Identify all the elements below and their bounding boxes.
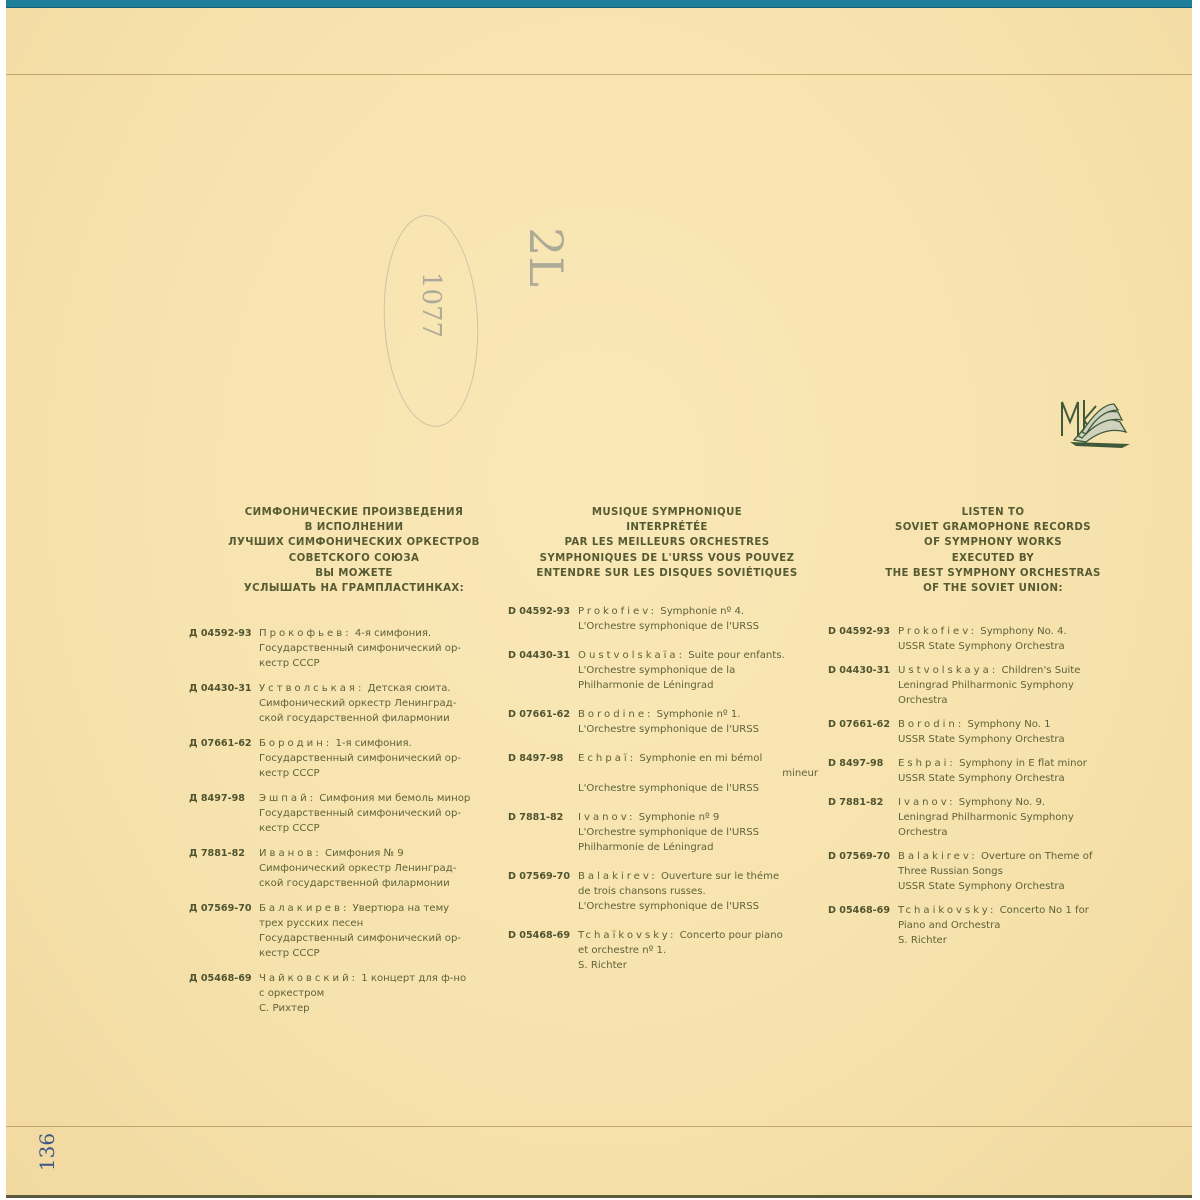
- performer-line: L'Orchestre symphonique de la: [578, 663, 818, 678]
- performer-line: Orchestra: [898, 693, 1138, 708]
- catalog-entry: D 07661-62Borodine: Symphonie nº 1.L'Orc…: [508, 707, 818, 737]
- performer-line: Государственный симфонический ор-: [259, 751, 499, 766]
- entry-description: Echpaï: Symphonie en mi bémolmineurL'Orc…: [578, 751, 818, 796]
- performer-line: кестр СССР: [259, 656, 499, 671]
- work-title: Overture on Theme of: [981, 851, 1093, 862]
- work-title: Symphonie en mi bémol: [639, 753, 762, 764]
- performer-line: Симфонический оркестр Ленинград-: [259, 861, 499, 876]
- catalog-number: Д 8497-98: [189, 791, 259, 836]
- composer-name: Oustvolskaïa:: [578, 650, 685, 661]
- catalog-entry: Д 04430-31Устволськая: Детская сюита.Сим…: [189, 681, 499, 726]
- composer-name: Чайковский:: [259, 973, 358, 984]
- composer-name: Балакирев:: [259, 903, 349, 914]
- catalog-number: D 05468-69: [508, 928, 578, 973]
- performer-line: с оркестром: [259, 986, 499, 1001]
- performer-line: кестр СССР: [259, 946, 499, 961]
- catalog-entry: Д 8497-98Эшпай: Симфония ми бемоль минор…: [189, 791, 499, 836]
- work-title: 1-я симфония.: [335, 738, 411, 749]
- work-title-line: Balakirev: Ouverture sur le théme: [578, 869, 818, 884]
- composer-name: Tchaïkovsky:: [578, 930, 676, 941]
- performer-line: Государственный симфонический ор-: [259, 641, 499, 656]
- entry-description: Эшпай: Симфония ми бемоль минорГосударст…: [259, 791, 499, 836]
- performer-line: Three Russian Songs: [898, 864, 1138, 879]
- catalog-entry: D 05468-69Tchaikovsky: Concerto No 1 for…: [828, 903, 1138, 948]
- performer-line: L'Orchestre symphonique de l'URSS: [578, 899, 818, 914]
- work-title: Symphony in E flat minor: [959, 758, 1087, 769]
- work-title-line: Ivanov: Symphony No. 9.: [898, 795, 1138, 810]
- work-title-line: Borodine: Symphonie nº 1.: [578, 707, 818, 722]
- performer-line: Piano and Orchestra: [898, 918, 1138, 933]
- work-title-line: Tchaikovsky: Concerto No 1 for: [898, 903, 1138, 918]
- column-heading: LISTEN TO SOVIET GRAMOPHONE RECORDS OF S…: [828, 505, 1138, 596]
- work-title-line: Borodin: Symphony No. 1: [898, 717, 1138, 732]
- catalog-entry: D 04430-31Oustvolskaïa: Suite pour enfan…: [508, 648, 818, 693]
- catalog-number: D 04592-93: [828, 624, 898, 654]
- work-title-line: Бородин: 1-я симфония.: [259, 736, 499, 751]
- work-title: 1 концерт для ф-но: [361, 973, 466, 984]
- work-title: Suite pour enfants.: [688, 650, 785, 661]
- performer-line: USSR State Symphony Orchestra: [898, 771, 1138, 786]
- performer-line: et orchestre nº 1.: [578, 943, 818, 958]
- composer-name: Ivanov:: [578, 812, 636, 823]
- work-title-line: Балакирев: Увертюра на тему: [259, 901, 499, 916]
- performer-line: USSR State Symphony Orchestra: [898, 879, 1138, 894]
- composer-name: Echpaï:: [578, 753, 636, 764]
- composer-name: Ivanov:: [898, 797, 956, 808]
- composer-name: Устволськая:: [259, 683, 364, 694]
- work-title-line: Прокофьев: 4-я симфония.: [259, 626, 499, 641]
- catalog-entry: D 7881-82Ivanov: Symphonie nº 9L'Orchest…: [508, 810, 818, 855]
- composer-name: Prokofiev:: [898, 626, 977, 637]
- performer-line: Leningrad Philharmonic Symphony: [898, 678, 1138, 693]
- catalog-number: D 07661-62: [508, 707, 578, 737]
- work-title: Детская сюита.: [368, 683, 451, 694]
- catalog-entry: D 07661-62Borodin: Symphony No. 1USSR St…: [828, 717, 1138, 747]
- entry-description: Borodin: Symphony No. 1USSR State Sympho…: [898, 717, 1138, 747]
- catalog-number: D 8497-98: [508, 751, 578, 796]
- performer-line: de trois chansons russes.: [578, 884, 818, 899]
- work-title-line: Эшпай: Симфония ми бемоль минор: [259, 791, 499, 806]
- catalog-number: Д 05468-69: [189, 971, 259, 1016]
- column-heading: MUSIQUE SYMPHONIQUE INTERPRÉTÉE PAR LES …: [508, 505, 818, 581]
- catalog-entry: Д 04592-93Прокофьев: 4-я симфония.Госуда…: [189, 626, 499, 671]
- performer-line: кестр СССР: [259, 766, 499, 781]
- work-title: Symphony No. 9.: [959, 797, 1045, 808]
- work-title: Symphony No. 4.: [980, 626, 1066, 637]
- catalog-entry: D 04592-93Prokofiev: Symphony No. 4.USSR…: [828, 624, 1138, 654]
- column-french: MUSIQUE SYMPHONIQUE INTERPRÉTÉE PAR LES …: [508, 505, 818, 987]
- work-title: Симфония № 9: [325, 848, 404, 859]
- column-heading: СИМФОНИЧЕСКИЕ ПРОИЗВЕДЕНИЯ В ИСПОЛНЕНИИ …: [189, 505, 499, 596]
- performer-line: Philharmonie de Léningrad: [578, 678, 818, 693]
- work-title: Симфония ми бемоль минор: [319, 793, 470, 804]
- catalog-number: Д 04592-93: [189, 626, 259, 671]
- entry-description: Prokofiev: Symphony No. 4.USSR State Sym…: [898, 624, 1138, 654]
- catalog-entry: D 07569-70Balakirev: Overture on Theme o…: [828, 849, 1138, 894]
- catalog-number: D 7881-82: [508, 810, 578, 855]
- catalog-list: D 04592-93Prokofiev: Symphonie nº 4.L'Or…: [508, 604, 818, 973]
- entry-description: Tchaikovsky: Concerto No 1 forPiano and …: [898, 903, 1138, 948]
- performer-line: ской государственной филармонии: [259, 711, 499, 726]
- performer-line: С. Рихтер: [259, 1001, 499, 1016]
- work-title-line: Eshpai: Symphony in E flat minor: [898, 756, 1138, 771]
- composer-name: Tchaikovsky:: [898, 905, 996, 916]
- work-title-line: Иванов: Симфония № 9: [259, 846, 499, 861]
- fold-line: [6, 1126, 1192, 1127]
- performer-line: кестр СССР: [259, 821, 499, 836]
- performer-line: S. Richter: [898, 933, 1138, 948]
- entry-description: Tchaïkovsky: Concerto pour pianoet orche…: [578, 928, 818, 973]
- work-title-line: Ustvolskaya: Children's Suite: [898, 663, 1138, 678]
- performer-line: Государственный симфонический ор-: [259, 931, 499, 946]
- catalog-number: Д 07569-70: [189, 901, 259, 961]
- performer-line: USSR State Symphony Orchestra: [898, 732, 1138, 747]
- bottom-edge: [6, 1195, 1192, 1198]
- composer-name: Borodin:: [898, 719, 964, 730]
- entry-description: Бородин: 1-я симфония.Государственный си…: [259, 736, 499, 781]
- work-title: Concerto No 1 for: [1000, 905, 1089, 916]
- composer-name: Borodine:: [578, 709, 653, 720]
- work-title-line: Ivanov: Symphonie nº 9: [578, 810, 818, 825]
- work-title: Symphonie nº 4.: [660, 606, 744, 617]
- catalog-entry: Д 05468-69Чайковский: 1 концерт для ф-но…: [189, 971, 499, 1016]
- catalog-number: D 07569-70: [828, 849, 898, 894]
- catalog-number: D 07569-70: [508, 869, 578, 914]
- composer-name: Эшпай:: [259, 793, 316, 804]
- entry-description: Прокофьев: 4-я симфония.Государственный …: [259, 626, 499, 671]
- catalog-number: D 8497-98: [828, 756, 898, 786]
- performer-line: Philharmonie de Léningrad: [578, 840, 818, 855]
- work-title: Увертюра на тему: [353, 903, 450, 914]
- composer-name: Бородин:: [259, 738, 332, 749]
- pencil-note-side: 2L: [519, 227, 573, 287]
- composer-name: Прокофьев:: [259, 628, 352, 639]
- entry-description: Oustvolskaïa: Suite pour enfants.L'Orche…: [578, 648, 818, 693]
- performer-line: Orchestra: [898, 825, 1138, 840]
- work-title-line: Prokofiev: Symphony No. 4.: [898, 624, 1138, 639]
- work-title: Ouverture sur le théme: [661, 871, 779, 882]
- work-title: Symphonie nº 1.: [657, 709, 741, 720]
- work-title-line: Echpaï: Symphonie en mi bémol: [578, 751, 818, 766]
- catalog-entry: Д 07661-62Бородин: 1-я симфония.Государс…: [189, 736, 499, 781]
- performer-line: USSR State Symphony Orchestra: [898, 639, 1138, 654]
- catalog-entry: D 8497-98Eshpai: Symphony in E flat mino…: [828, 756, 1138, 786]
- performer-line: S. Richter: [578, 958, 818, 973]
- work-title-line: Balakirev: Overture on Theme of: [898, 849, 1138, 864]
- composer-name: Prokofiev:: [578, 606, 657, 617]
- work-title: Children's Suite: [1001, 665, 1080, 676]
- catalog-number: Д 07661-62: [189, 736, 259, 781]
- work-title-line: Prokofiev: Symphonie nº 4.: [578, 604, 818, 619]
- composer-name: Eshpai:: [898, 758, 956, 769]
- performer-line: Государственный симфонический ор-: [259, 806, 499, 821]
- catalog-entry: Д 7881-82Иванов: Симфония № 9Симфоническ…: [189, 846, 499, 891]
- top-color-band: [6, 0, 1192, 8]
- catalog-number: D 04592-93: [508, 604, 578, 634]
- column-english: LISTEN TO SOVIET GRAMOPHONE RECORDS OF S…: [828, 505, 1138, 957]
- entry-description: Eshpai: Symphony in E flat minorUSSR Sta…: [898, 756, 1138, 786]
- composer-name: Balakirev:: [578, 871, 658, 882]
- catalog-entry: D 7881-82Ivanov: Symphony No. 9.Leningra…: [828, 795, 1138, 840]
- fold-line: [6, 74, 1192, 75]
- entry-description: Балакирев: Увертюра на темутрех русских …: [259, 901, 499, 961]
- performer-line: L'Orchestre symphonique de l'URSS: [578, 825, 818, 840]
- catalog-entry: D 07569-70Balakirev: Ouverture sur le th…: [508, 869, 818, 914]
- work-title: Concerto pour piano: [680, 930, 783, 941]
- work-title: Symphonie nº 9: [639, 812, 720, 823]
- entry-description: Ivanov: Symphonie nº 9L'Orchestre sympho…: [578, 810, 818, 855]
- catalog-number: D 04430-31: [508, 648, 578, 693]
- entry-description: Ivanov: Symphony No. 9.Leningrad Philhar…: [898, 795, 1138, 840]
- performer-line: L'Orchestre symphonique de l'URSS: [578, 781, 818, 796]
- work-title: Symphony No. 1: [967, 719, 1050, 730]
- catalog-number: D 7881-82: [828, 795, 898, 840]
- catalog-entry: D 04592-93Prokofiev: Symphonie nº 4.L'Or…: [508, 604, 818, 634]
- performer-line: Симфонический оркестр Ленинград-: [259, 696, 499, 711]
- entry-description: Ustvolskaya: Children's SuiteLeningrad P…: [898, 663, 1138, 708]
- pen-note-corner: 136: [35, 1133, 59, 1171]
- catalog-list: D 04592-93Prokofiev: Symphony No. 4.USSR…: [828, 624, 1138, 948]
- catalog-number: Д 7881-82: [189, 846, 259, 891]
- catalog-number: D 04430-31: [828, 663, 898, 708]
- pencil-note-number: 1077: [416, 272, 446, 338]
- performer-line: ской государственной филармонии: [259, 876, 499, 891]
- catalog-entry: Д 07569-70Балакирев: Увертюра на темутре…: [189, 901, 499, 961]
- catalog-number: D 07661-62: [828, 717, 898, 747]
- entry-description: Устволськая: Детская сюита.Симфонический…: [259, 681, 499, 726]
- composer-name: Balakirev:: [898, 851, 978, 862]
- catalog-number: Д 04430-31: [189, 681, 259, 726]
- catalog-entry: D 04430-31Ustvolskaya: Children's SuiteL…: [828, 663, 1138, 708]
- entry-description: Borodine: Symphonie nº 1.L'Orchestre sym…: [578, 707, 818, 737]
- work-title-line: Tchaïkovsky: Concerto pour piano: [578, 928, 818, 943]
- entry-description: Balakirev: Ouverture sur le thémede troi…: [578, 869, 818, 914]
- work-title-line: Устволськая: Детская сюита.: [259, 681, 499, 696]
- column-russian: СИМФОНИЧЕСКИЕ ПРОИЗВЕДЕНИЯ В ИСПОЛНЕНИИ …: [189, 505, 499, 1026]
- catalog-number: D 05468-69: [828, 903, 898, 948]
- performer-line: L'Orchestre symphonique de l'URSS: [578, 722, 818, 737]
- work-title-line: Oustvolskaïa: Suite pour enfants.: [578, 648, 818, 663]
- composer-name: Иванов:: [259, 848, 322, 859]
- entry-description: Иванов: Симфония № 9Симфонический оркест…: [259, 846, 499, 891]
- performer-line: mineur: [578, 766, 818, 781]
- entry-description: Чайковский: 1 концерт для ф-нос оркестро…: [259, 971, 499, 1016]
- catalog-entry: D 05468-69Tchaïkovsky: Concerto pour pia…: [508, 928, 818, 973]
- composer-name: Ustvolskaya:: [898, 665, 998, 676]
- entry-description: Prokofiev: Symphonie nº 4.L'Orchestre sy…: [578, 604, 818, 634]
- record-sleeve: 1077 2L 136 СИМФОНИЧЕСКИЕ ПРОИЗВЕДЕНИЯ В…: [6, 0, 1192, 1198]
- entry-description: Balakirev: Overture on Theme ofThree Rus…: [898, 849, 1138, 894]
- performer-line: трех русских песен: [259, 916, 499, 931]
- mk-melodiya-logo-icon: [1056, 388, 1134, 450]
- catalog-list: Д 04592-93Прокофьев: 4-я симфония.Госуда…: [189, 626, 499, 1016]
- performer-line: L'Orchestre symphonique de l'URSS: [578, 619, 818, 634]
- work-title-line: Чайковский: 1 концерт для ф-но: [259, 971, 499, 986]
- work-title: 4-я симфония.: [355, 628, 431, 639]
- catalog-entry: D 8497-98Echpaï: Symphonie en mi bémolmi…: [508, 751, 818, 796]
- performer-line: Leningrad Philharmonic Symphony: [898, 810, 1138, 825]
